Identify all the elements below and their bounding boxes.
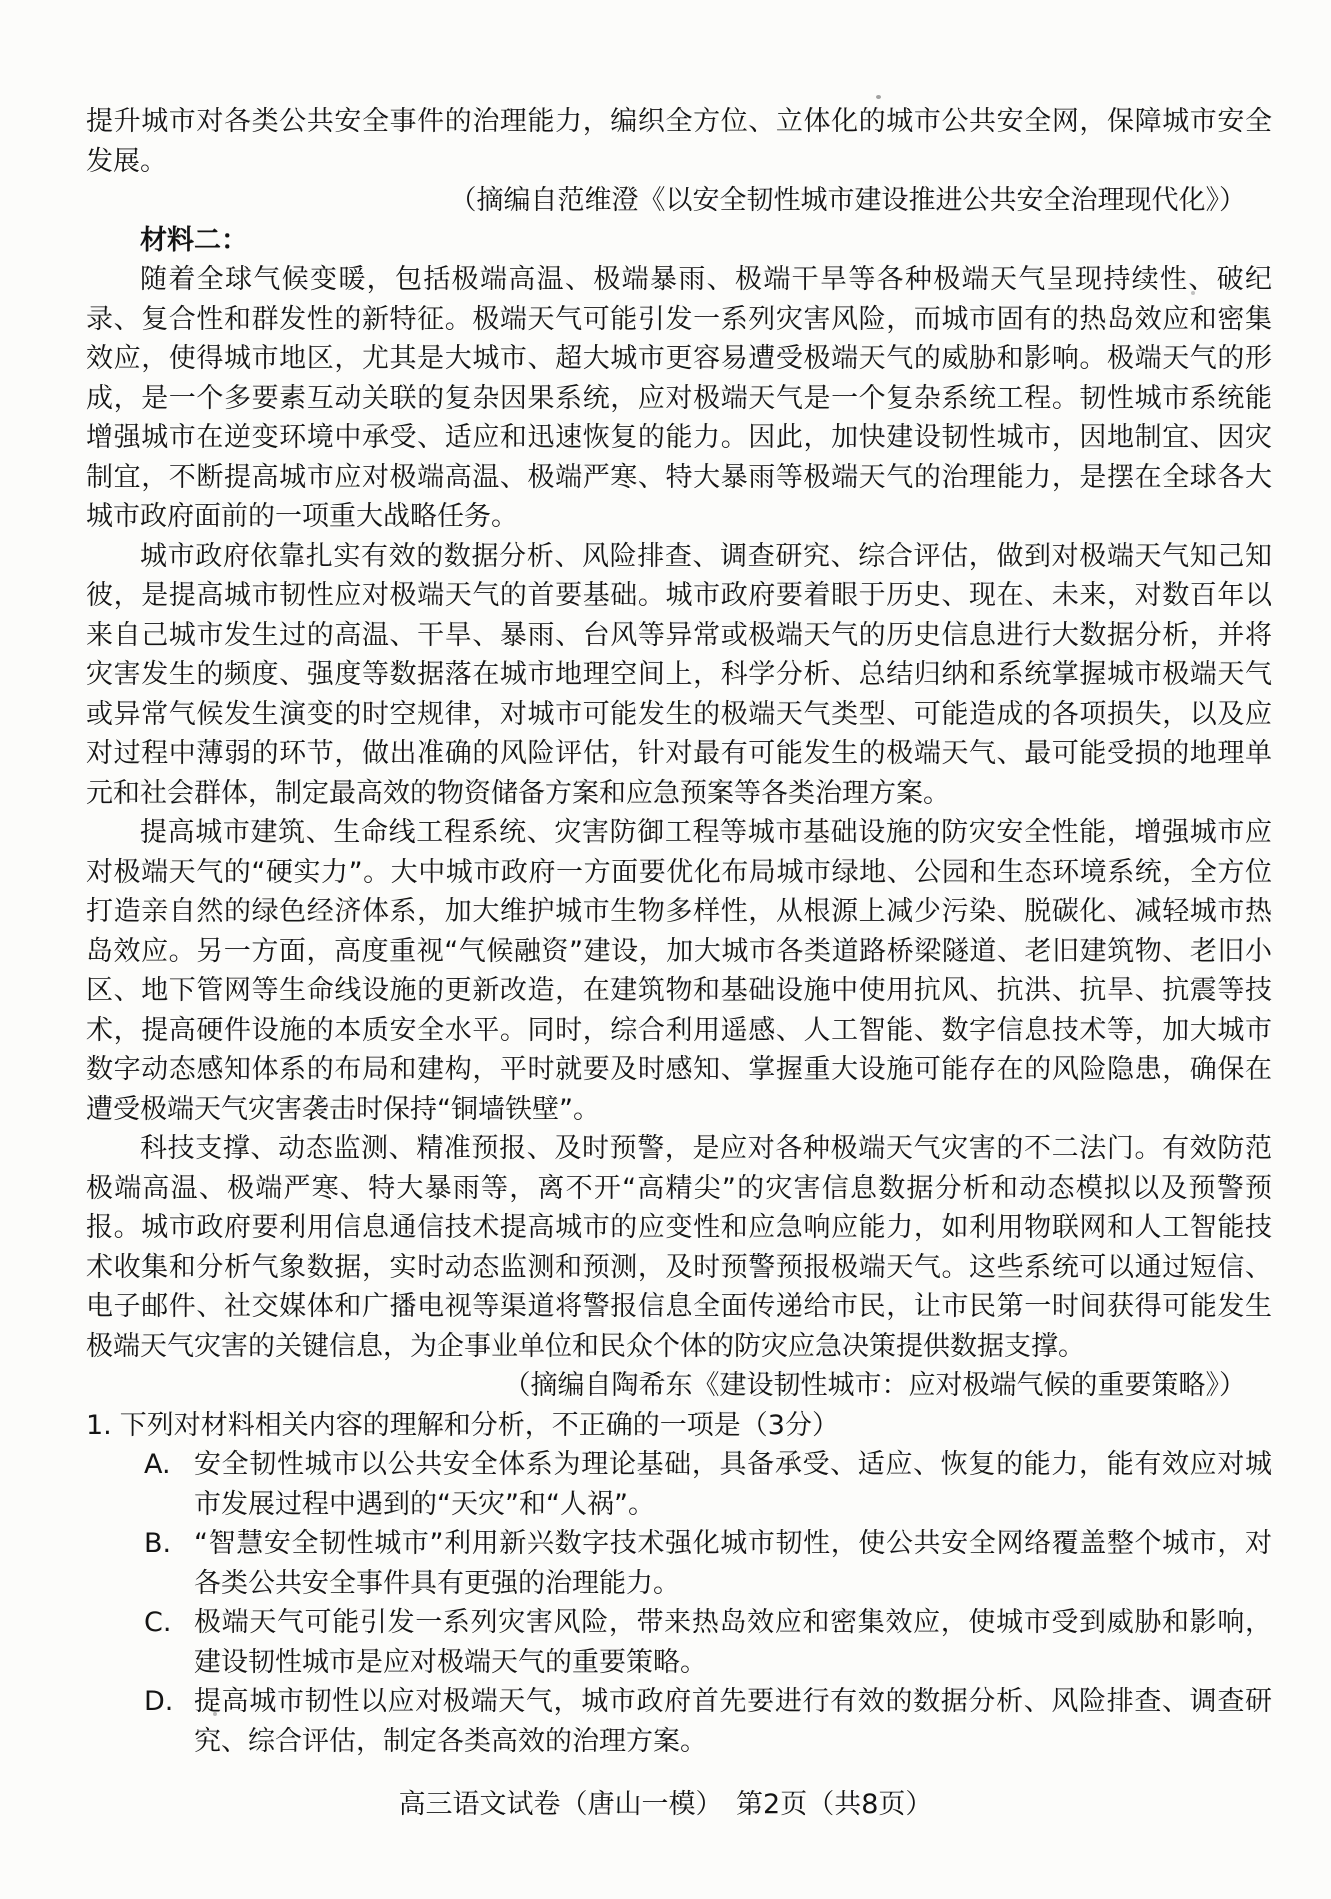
material2-paragraph: 随着全球气候变暖，包括极端高温、极端暴雨、极端干旱等各种极端天气呈现持续性、破纪… bbox=[86, 260, 1272, 537]
option-text: 安全韧性城市以公共安全体系为理论基础，具备承受、适应、恢复的能力，能有效应对城市… bbox=[194, 1445, 1272, 1524]
continuation-paragraph: 提升城市对各类公共安全事件的治理能力，编织全方位、立体化的城市公共安全网，保障城… bbox=[86, 102, 1272, 181]
scan-speck bbox=[213, 1712, 217, 1716]
option-text: 提高城市韧性以应对极端天气，城市政府首先要进行有效的数据分析、风险排查、调查研究… bbox=[194, 1682, 1272, 1761]
option-text: “智慧安全韧性城市”利用新兴数字技术强化城市韧性，使公共安全网络覆盖整个城市，对… bbox=[194, 1524, 1272, 1603]
question1-number: 1. bbox=[86, 1406, 112, 1446]
page-text-block: 提升城市对各类公共安全事件的治理能力，编织全方位、立体化的城市公共安全网，保障城… bbox=[86, 102, 1272, 1761]
option-label: A. bbox=[144, 1445, 194, 1524]
material2-paragraph: 提高城市建筑、生命线工程系统、灾害防御工程等城市基础设施的防灾安全性能，增强城市… bbox=[86, 813, 1272, 1129]
option-label: C. bbox=[144, 1603, 194, 1682]
material2-paragraph: 科技支撑、动态监测、精准预报、及时预警，是应对各种极端天气灾害的不二法门。有效防… bbox=[86, 1129, 1272, 1366]
question1-option-a: A. 安全韧性城市以公共安全体系为理论基础，具备承受、适应、恢复的能力，能有效应… bbox=[144, 1445, 1272, 1524]
page-footer: 高三语文试卷（唐山一模） 第2页（共8页） bbox=[0, 1782, 1331, 1821]
question1-stem-row: 1.下列对材料相关内容的理解和分析，不正确的一项是（3分） bbox=[86, 1406, 1272, 1446]
scan-speck bbox=[1191, 291, 1195, 295]
question1-stem: 下列对材料相关内容的理解和分析，不正确的一项是（3分） bbox=[120, 1410, 839, 1441]
option-text: 极端天气可能引发一系列灾害风险，带来热岛效应和密集效应，使城市受到威胁和影响，建… bbox=[194, 1603, 1272, 1682]
material2-citation: （摘编自陶希东《建设韧性城市：应对极端气候的重要策略》） bbox=[86, 1366, 1272, 1406]
question1-option-b: B. “智慧安全韧性城市”利用新兴数字技术强化城市韧性，使公共安全网络覆盖整个城… bbox=[144, 1524, 1272, 1603]
option-label: D. bbox=[144, 1682, 194, 1761]
material2-heading: 材料二： bbox=[86, 221, 1272, 261]
scan-speck bbox=[876, 95, 881, 99]
material2-paragraph: 城市政府依靠扎实有效的数据分析、风险排查、调查研究、综合评估，做到对极端天气知己… bbox=[86, 537, 1272, 814]
exam-paper-page: 提升城市对各类公共安全事件的治理能力，编织全方位、立体化的城市公共安全网，保障城… bbox=[0, 0, 1331, 1899]
question1-option-c: C. 极端天气可能引发一系列灾害风险，带来热岛效应和密集效应，使城市受到威胁和影… bbox=[144, 1603, 1272, 1682]
question1-option-d: D. 提高城市韧性以应对极端天气，城市政府首先要进行有效的数据分析、风险排查、调… bbox=[144, 1682, 1272, 1761]
material1-citation: （摘编自范维澄《以安全韧性城市建设推进公共安全治理现代化》） bbox=[86, 181, 1272, 221]
option-label: B. bbox=[144, 1524, 194, 1603]
